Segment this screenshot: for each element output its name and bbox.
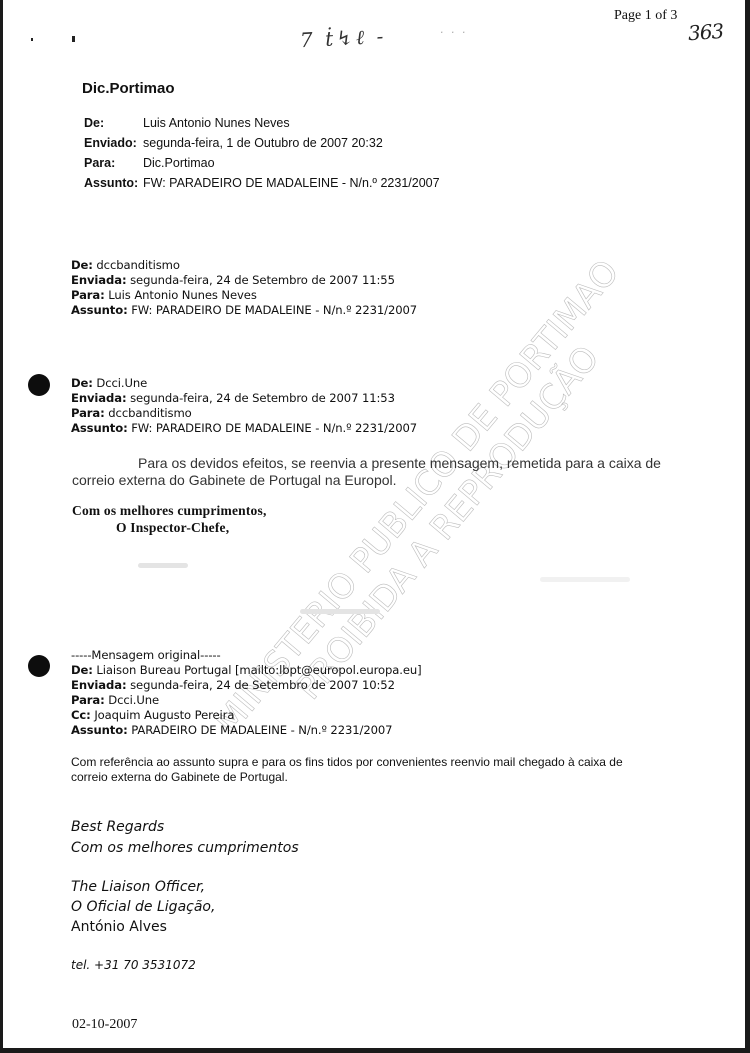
original-from: De: Liaison Bureau Portugal [mailto:lbpt…	[71, 663, 422, 678]
punch-hole-icon	[28, 374, 50, 396]
forward2-to: Para: dccbanditismo	[71, 406, 417, 421]
role-en: The Liaison Officer,	[71, 879, 205, 895]
outlook-header-subject: Assunto:FW: PARADEIRO DE MADALEINE - N/n…	[84, 176, 440, 190]
original-cc: Cc: Joaquim Augusto Pereira	[71, 708, 422, 723]
forward2-header-block: De: Dcci.Une Enviada: segunda-feira, 24 …	[71, 376, 417, 436]
forward2-closing: Com os melhores cumprimentos,	[72, 503, 267, 519]
scan-border-bottom	[0, 1048, 750, 1053]
handwritten-annotation-faint: · · ·	[440, 26, 467, 39]
scan-border-right	[745, 0, 750, 1053]
forward2-subject: Assunto: FW: PARADEIRO DE MADALEINE - N/…	[71, 421, 417, 436]
mailbox-title: Dic.Portimao	[82, 80, 175, 97]
role-pt: O Oficial de Ligação,	[71, 899, 215, 915]
scan-speck	[72, 36, 75, 42]
faded-redacted-text	[300, 609, 380, 614]
handwritten-page-number: 363	[687, 19, 724, 45]
regards-en: Best Regards	[71, 819, 164, 835]
original-to: Para: Dcci.Une	[71, 693, 422, 708]
header-label: Enviado:	[84, 136, 143, 150]
header-label: Assunto:	[84, 176, 143, 190]
outlook-header-to: Para:Dic.Portimao	[84, 156, 215, 170]
original-subject: Assunto: PARADEIRO DE MADALEINE - N/n.º …	[71, 723, 422, 738]
original-body: Com referência ao assunto supra e para o…	[71, 755, 691, 785]
header-value: segunda-feira, 1 de Outubro de 2007 20:3…	[143, 136, 383, 150]
forward2-sent: Enviada: segunda-feira, 24 de Setembro d…	[71, 391, 417, 406]
faded-redacted-text	[540, 577, 630, 582]
header-label: De:	[84, 116, 143, 130]
forward1-subject: Assunto: FW: PARADEIRO DE MADALEINE - N/…	[71, 303, 417, 318]
forward2-signature: O Inspector-Chefe,	[116, 520, 229, 536]
regards-pt: Com os melhores cumprimentos	[71, 840, 299, 856]
footer-date: 02-10-2007	[72, 1017, 137, 1033]
header-value: FW: PARADEIRO DE MADALEINE - N/n.º 2231/…	[143, 176, 440, 190]
forward1-sent: Enviada: segunda-feira, 24 de Setembro d…	[71, 273, 417, 288]
original-body-line-1: Com referência ao assunto supra e para o…	[71, 755, 691, 770]
header-value: Dic.Portimao	[143, 156, 215, 170]
scan-speck	[31, 38, 33, 41]
outlook-header-sent: Enviado:segunda-feira, 1 de Outubro de 2…	[84, 136, 383, 150]
header-value: Luis Antonio Nunes Neves	[143, 116, 290, 130]
faded-redacted-text	[138, 563, 188, 568]
forward2-from: De: Dcci.Une	[71, 376, 417, 391]
phone-number: tel. +31 70 3531072	[71, 958, 196, 972]
original-header-block: -----Mensagem original----- De: Liaison …	[71, 648, 422, 738]
outlook-header-from: De:Luis Antonio Nunes Neves	[84, 116, 290, 130]
original-sent: Enviada: segunda-feira, 24 de Setembro d…	[71, 678, 422, 693]
signer-name: António Alves	[71, 919, 167, 935]
forward1-to: Para: Luis Antonio Nunes Neves	[71, 288, 417, 303]
forward1-header-block: De: dccbanditismo Enviada: segunda-feira…	[71, 258, 417, 318]
forward2-body-line-2: correio externa do Gabinete de Portugal …	[72, 472, 692, 489]
forward1-from: De: dccbanditismo	[71, 258, 417, 273]
forward2-body-line-1: Para os devidos efeitos, se reenvia a pr…	[72, 455, 692, 472]
original-separator: -----Mensagem original-----	[71, 648, 422, 663]
header-label: Para:	[84, 156, 143, 170]
scan-border-left	[0, 0, 3, 1053]
original-body-line-2: correio externa do Gabinete de Portugal.	[71, 770, 691, 785]
handwritten-annotation: 7 ṫ↯ℓ -	[299, 24, 387, 53]
forward2-body: Para os devidos efeitos, se reenvia a pr…	[72, 455, 692, 489]
punch-hole-icon	[28, 655, 50, 677]
page-indicator: Page 1 of 3	[614, 8, 677, 24]
